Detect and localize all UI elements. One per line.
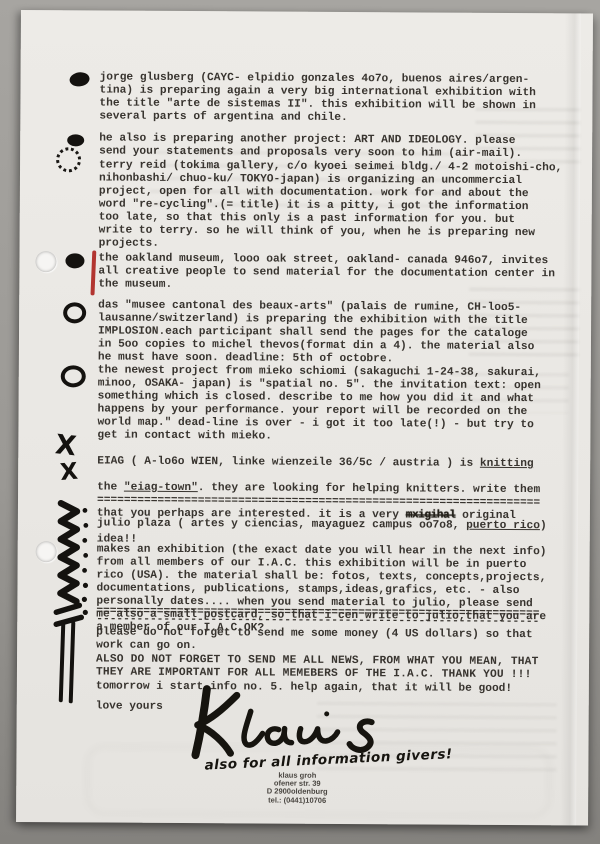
open-circle-icon xyxy=(61,365,86,387)
letterhead-tel: tel.: (0441)10706 xyxy=(212,796,382,805)
dotted-circle-icon xyxy=(54,145,84,175)
paragraph-jorge-glusberg: jorge glusberg (CAYC- elpidio gonzales 4… xyxy=(99,71,585,126)
letterhead-footer: klaus groh ofener str. 39 D 2900oldenbur… xyxy=(212,771,382,805)
red-highlight-stroke xyxy=(90,250,96,295)
filled-bullet-icon xyxy=(65,253,84,268)
paragraph-mieko-schiomi: the newest project from mieko schiomi (s… xyxy=(97,364,583,445)
double-bar-icon xyxy=(69,621,76,703)
zigzag-squiggle-icon xyxy=(51,498,92,630)
paragraph-send-all-news: ALSO DO NOT FORGET TO SEND ME ALL NEWS, … xyxy=(96,653,582,682)
eiag-line-2: the "eiag-town". they are looking for he… xyxy=(97,481,583,497)
filled-bullet-icon xyxy=(67,134,84,146)
paragraph-art-and-ideology: he also is preparing another project: AR… xyxy=(99,132,585,161)
paragraph-oakland-museum: the oakland museum, looo oak street, oak… xyxy=(98,252,584,294)
underlined-knitting: knitting xyxy=(480,458,534,470)
open-circle-icon xyxy=(63,302,86,323)
julio-line-1: julio plaza ( artes y ciencias, mayaguez… xyxy=(97,517,583,533)
punch-hole-top xyxy=(35,251,56,272)
filled-bullet-icon xyxy=(69,71,91,88)
letter-paper: X X jorge glusberg (CAYC- elpidio gonzal… xyxy=(16,10,593,825)
x-mark-icon: X xyxy=(54,433,77,459)
scanned-letter-screenshot: { "page": { "kind": "scanned typewritten… xyxy=(0,0,600,844)
paragraph-terry-reid: terry reid (tokima gallery, c/o kyoei se… xyxy=(99,159,586,253)
eiag-line-1: EIAG ( A-lo6o WIEN, linke wienzeile 36/5… xyxy=(97,455,583,471)
x-mark-icon: X xyxy=(59,460,79,485)
paragraph-musee-cantonal: das "musee cantonal des beaux-arts" (pal… xyxy=(98,299,584,367)
double-bar-icon xyxy=(59,622,66,702)
paragraph-send-money: please do not forget to send me some mon… xyxy=(96,626,582,655)
underlined-eiag-town: "eiag-town" xyxy=(124,482,198,494)
underlined-puerto-rico: puerto rico xyxy=(466,520,540,532)
